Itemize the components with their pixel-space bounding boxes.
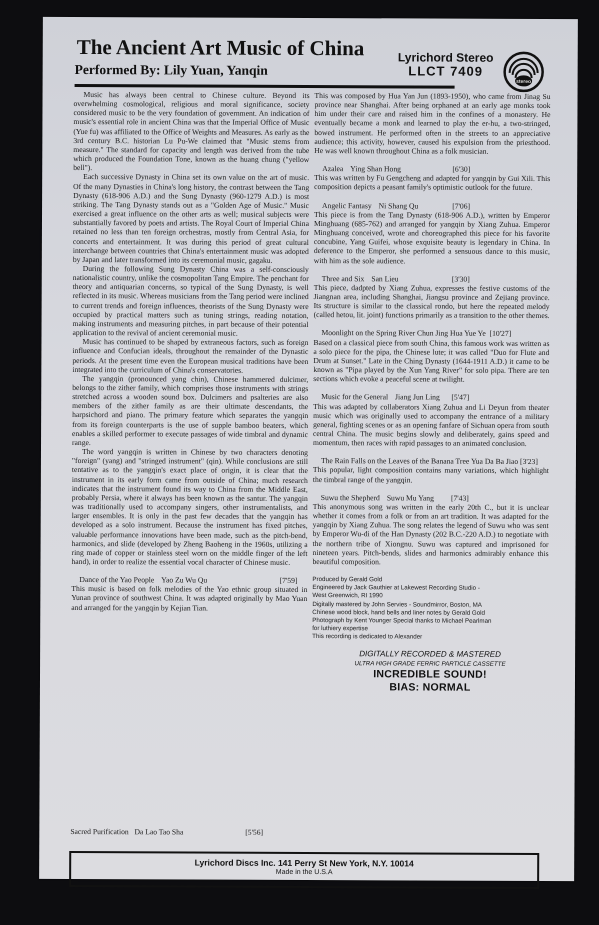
influence-paragraph: Music has continued to be shaped by extr… <box>72 337 308 375</box>
track-chinese-title: Ying Shan Hong <box>350 164 401 173</box>
track-duration: [3'30] <box>452 274 470 283</box>
liner-notes-sheet: The Ancient Art Music of China Performed… <box>39 17 578 881</box>
intro-paragraph: Music has always been central to Chinese… <box>73 90 309 173</box>
track-title: Moonlight on the Spring River <box>321 328 415 338</box>
track-duration: [7'06] <box>452 201 470 210</box>
track-entry: Three and Six San Lieu [3'30] This piece… <box>314 274 550 321</box>
track-title: Azalea <box>322 164 343 173</box>
track-title: Dance of the Yao People <box>79 575 154 584</box>
track-title: Sacred Purification <box>70 827 128 836</box>
track-chinese-title: Chun Jing Hua Yue Ye <box>417 329 486 338</box>
track-chinese-title: Da Lao Tao Sha <box>134 827 183 836</box>
track-entry-last: Sacred Purification Da Lao Tao Sha [5'56… <box>70 827 263 837</box>
track-chinese-title: Yua Da Ba Jiao <box>471 457 518 466</box>
promo-sound: INCREDIBLE SOUND! <box>312 668 548 682</box>
lyrichord-stereo-logo-icon: stereo <box>503 51 545 93</box>
dynasty-paragraph: Each successive Dynasty in China set its… <box>73 172 309 265</box>
header-rule <box>75 84 455 89</box>
track-duration: [6'30] <box>452 165 470 174</box>
credit-line: This recording is dedicated to Alexander <box>312 633 548 642</box>
cassette-promo: DIGITALLY RECORDED & MASTERED ULTRA HIGH… <box>312 648 548 695</box>
word-yangqin-paragraph: The word yangqin is written in Chinese b… <box>71 447 308 567</box>
track-chinese-title: Yao Zu Wu Qu <box>161 575 207 584</box>
sung-paragraph: During the following Sung Dynasty China … <box>72 264 308 338</box>
left-column: Music has always been central to Chinese… <box>71 90 309 613</box>
track-chinese-title: Suwu Mu Yang <box>387 493 434 502</box>
track-duration: [3'23] <box>520 457 538 466</box>
track-duration: [7'59] <box>280 576 298 585</box>
track-entry: Dance of the Yao People Yao Zu Wu Qu [7'… <box>71 575 307 613</box>
track-entry: Music for the General Jiang Jun Ling [5'… <box>313 392 549 448</box>
track-entry: Moonlight on the Spring River Chun Jing … <box>313 328 549 384</box>
track-entry: Azalea Ying Shan Hong [6'30] This was wr… <box>314 164 550 192</box>
track-heading: Music for the General Jiang Jun Ling [5'… <box>313 392 549 402</box>
track-duration: [7'43] <box>451 493 469 502</box>
track-description: This was written by Fu Gengcheng and ada… <box>314 173 550 192</box>
made-in-label: Made in the U.S.A <box>71 868 537 877</box>
track-entry: The Rain Falls on the Leaves of the Bana… <box>313 456 549 484</box>
track-title: Music for the General <box>321 392 388 401</box>
track-description: Based on a classical piece from south Ch… <box>313 338 549 385</box>
catalog-label: Lyrichord Stereo LLCT 7409 <box>391 50 501 78</box>
composer-paragraph: This was composed by Hua Yan Jun (1893-1… <box>314 91 550 156</box>
track-title: Angelic Fantasy <box>322 201 372 210</box>
track-duration: [10'27] <box>490 329 512 338</box>
track-description: This popular, light composition contains… <box>313 465 549 484</box>
svg-text:stereo: stereo <box>516 79 531 85</box>
track-chinese-title: Jiang Jun Ling <box>395 393 440 402</box>
yangqin-paragraph: The yangqin (pronounced yang chin), Chin… <box>72 374 308 448</box>
performer-credit: Performed By: Lily Yuan, Yanqin <box>75 62 268 79</box>
track-description: This piece, dadpted by Xiang Zuhua, expr… <box>314 283 550 321</box>
track-entry: Angelic Fantasy Ni Shang Qu [7'06] This … <box>314 201 550 266</box>
track-heading: Moonlight on the Spring River Chun Jing … <box>313 328 549 338</box>
track-description: This was adapted by collaberators Xiang … <box>313 402 549 449</box>
track-title: Suwu the Shepherd <box>321 493 380 502</box>
track-chinese-title: Ni Shang Qu <box>379 201 419 210</box>
track-description: This anonymous song was written in the e… <box>312 502 548 567</box>
track-description: This music is based on folk melodies of … <box>71 584 307 612</box>
track-description: This piece is from the Tang Dynasty (618… <box>314 210 550 266</box>
publisher-address: Lyrichord Discs Inc. 141 Perry St New Yo… <box>71 857 537 869</box>
publisher-footer: Lyrichord Discs Inc. 141 Perry St New Yo… <box>69 851 539 889</box>
track-duration: [5'56] <box>245 828 263 837</box>
page-title: The Ancient Art Music of China <box>77 35 365 61</box>
catalog-number: LLCT 7409 <box>391 64 501 78</box>
track-title: Three and Six <box>322 274 365 283</box>
track-duration: [5'47] <box>451 393 469 402</box>
production-credits: Produced by Gerald Gold Engineered by Ja… <box>312 576 548 643</box>
right-column: This was composed by Hua Yan Jun (1893-1… <box>312 91 551 695</box>
track-entry: Suwu the Shepherd Suwu Mu Yang [7'43] Th… <box>312 493 548 567</box>
promo-bias: BIAS: NORMAL <box>312 681 548 695</box>
track-chinese-title: San Lieu <box>371 274 398 283</box>
